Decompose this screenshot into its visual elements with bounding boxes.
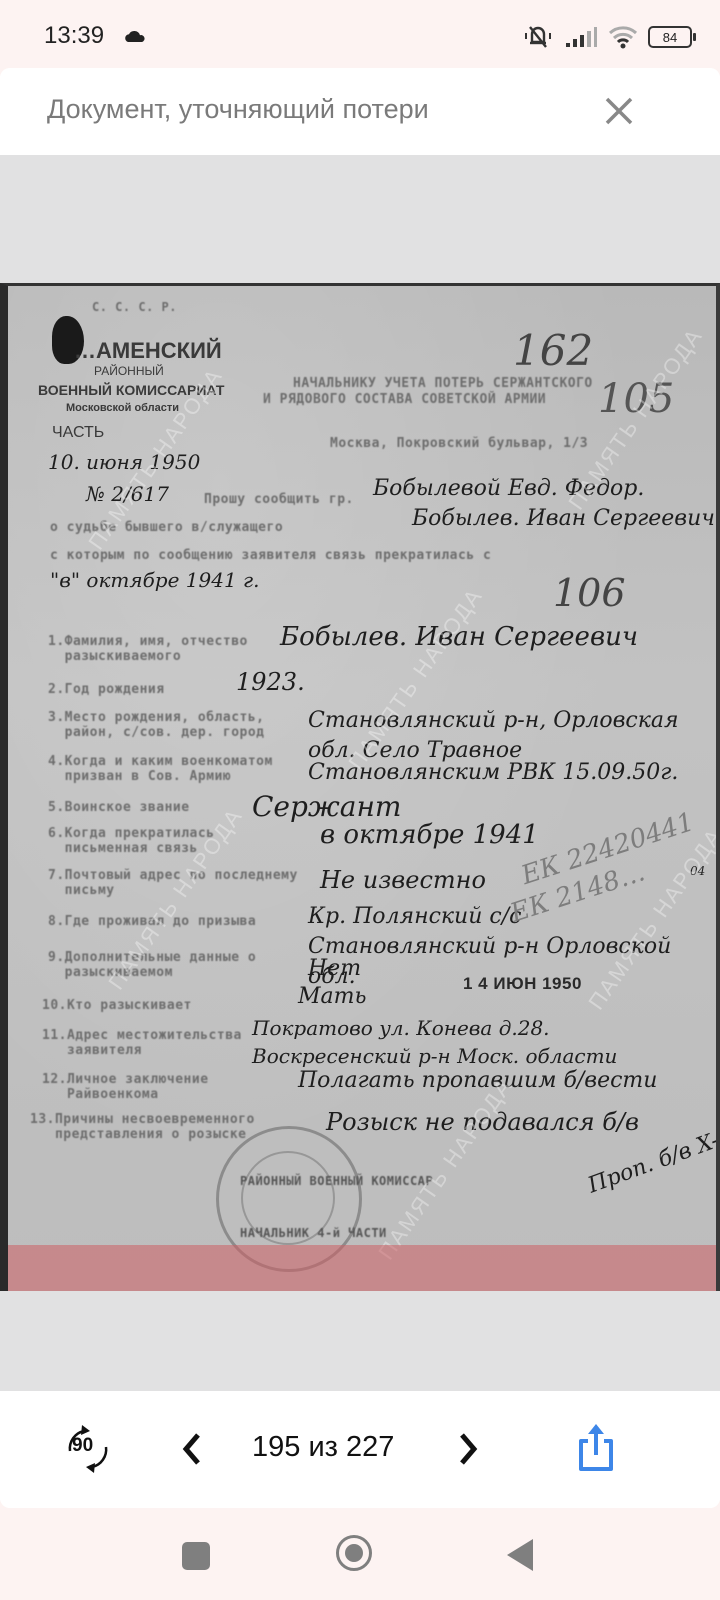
home-button[interactable] bbox=[336, 1535, 372, 1571]
status-time: 13:39 bbox=[44, 22, 104, 50]
signal-icon bbox=[564, 26, 598, 48]
margin-number-1: 162 bbox=[513, 326, 593, 375]
field-5-value: Сержант bbox=[252, 790, 401, 823]
battery-level: 84 bbox=[663, 30, 677, 45]
status-icons: 84 bbox=[522, 24, 692, 50]
request-line2-typed: о судьбе бывшего в/служащего bbox=[50, 520, 283, 535]
addressee-line1: НАЧАЛЬНИКУ УЧЕТА ПОТЕРЬ СЕРЖАНТСКОГО bbox=[293, 376, 593, 391]
field-11-value: Пократово ул. Конева д.28. Воскресенский… bbox=[252, 1014, 712, 1070]
field-10-value: Мать bbox=[298, 984, 366, 1009]
addressee-line2: И РЯДОВОГО СОСТАВА СОВЕТСКОЙ АРМИИ bbox=[263, 392, 546, 407]
next-page-button[interactable] bbox=[454, 1429, 484, 1469]
wifi-icon bbox=[608, 25, 638, 49]
stamp-date: 10. июня 1950 bbox=[48, 450, 200, 474]
stamp-part-label: ЧАСТЬ bbox=[52, 424, 104, 442]
field-2-label: 2.Год рождения bbox=[48, 682, 165, 697]
close-button[interactable] bbox=[602, 94, 636, 128]
field-10-label: 10.Кто разыскивает bbox=[42, 998, 192, 1013]
document-image[interactable]: С. С. С. Р. …АМЕНСКИЙ РАЙОННЫЙ ВОЕННЫЙ К… bbox=[0, 283, 720, 1291]
status-bar: 13:39 84 bbox=[0, 0, 720, 68]
field-6-label: 6.Когда прекратилась письменная связь bbox=[48, 826, 305, 856]
field-4-label: 4.Когда и каким военкоматом призван в Со… bbox=[48, 754, 305, 784]
field-3-label: 3.Место рождения, область, район, с/сов.… bbox=[48, 710, 305, 740]
request-line2-hand: Бобылев. Иван Сергеевич bbox=[412, 506, 715, 531]
field-5-label: 5.Воинское звание bbox=[48, 800, 190, 815]
field-12-value: Полагать пропавшим б/вести bbox=[298, 1068, 657, 1093]
margin-number-3: 106 bbox=[553, 571, 626, 615]
request-line3-typed: с которым по сообщению заявителя связь п… bbox=[50, 548, 491, 563]
field-11-label: 11.Адрес местожительства заявителя bbox=[42, 1028, 287, 1058]
chief-label: НАЧАЛЬНИК 4-й ЧАСТИ bbox=[240, 1226, 387, 1240]
document-viewer-sheet: Документ, уточняющий потери С. С. С. Р. … bbox=[0, 68, 720, 1508]
field-9-value: Нет bbox=[308, 956, 361, 981]
addressee-address: Москва, Покровский бульвар, 1/3 bbox=[330, 436, 588, 451]
system-nav-bar bbox=[0, 1508, 720, 1600]
stamp-name: …АМЕНСКИЙ bbox=[74, 338, 222, 364]
field-7-value: Не известно bbox=[320, 866, 486, 894]
request-line1-typed: Прошу сообщить гр. bbox=[204, 492, 354, 507]
cloud-icon bbox=[124, 30, 146, 42]
share-button[interactable] bbox=[576, 1423, 616, 1473]
stamp-country: С. С. С. Р. bbox=[92, 300, 177, 314]
field-2-value: 1923. bbox=[236, 668, 305, 696]
back-button[interactable] bbox=[507, 1539, 533, 1571]
field-1-label: 1.Фамилия, имя, отчество разыскиваемого bbox=[48, 634, 265, 664]
watermark: ПАМЯТЬ НАРОДА bbox=[373, 1073, 518, 1265]
stamp-line2: РАЙОННЫЙ bbox=[94, 364, 164, 378]
page-title: Документ, уточняющий потери bbox=[47, 94, 429, 125]
header: Документ, уточняющий потери bbox=[0, 68, 720, 155]
field-9-label: 9.Дополнительные данные о разыскиваемом bbox=[48, 950, 305, 980]
page-counter: 195 из 227 bbox=[252, 1431, 394, 1464]
received-date-stamp: 1 4 ИЮН 1950 bbox=[463, 974, 582, 994]
rotate-label: 90 bbox=[72, 1435, 93, 1457]
field-12-label: 12.Личное заключение Райвоенкома bbox=[42, 1072, 287, 1102]
request-line4-hand: "в" октябре 1941 г. bbox=[50, 568, 260, 592]
commissar-label: РАЙОННЫЙ ВОЕННЫЙ КОМИССАР bbox=[240, 1174, 433, 1188]
recents-button[interactable] bbox=[182, 1542, 210, 1570]
stamp-region: Московской области bbox=[66, 402, 179, 414]
field-13-label: 13.Причины несвоевременного представлени… bbox=[30, 1112, 275, 1142]
image-viewer[interactable]: С. С. С. Р. …АМЕНСКИЙ РАЙОННЫЙ ВОЕННЫЙ К… bbox=[0, 155, 720, 1391]
previous-page-button[interactable] bbox=[176, 1429, 206, 1469]
red-overlay-band bbox=[8, 1245, 716, 1291]
bottom-toolbar: 90 195 из 227 bbox=[0, 1391, 720, 1508]
vibrate-muted-icon bbox=[522, 24, 554, 50]
field-6-value: в октябре 1941 bbox=[320, 820, 539, 850]
battery-icon: 84 bbox=[648, 26, 692, 48]
